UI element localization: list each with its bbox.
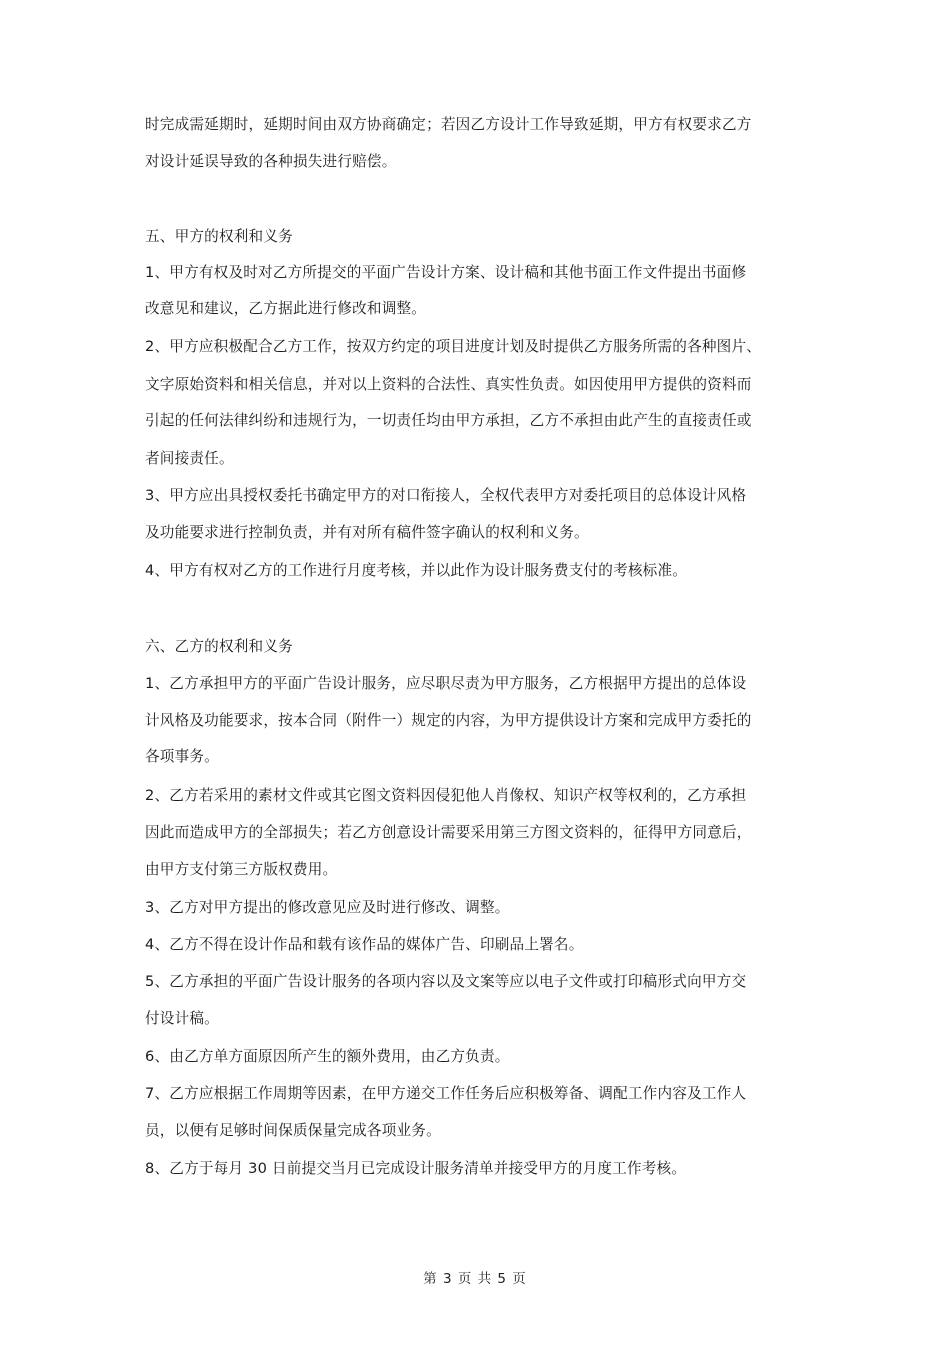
- text-line: 2、甲方应积极配合乙方工作，按双方约定的项目进度计划及时提供乙方服务所需的各种图…: [145, 337, 761, 357]
- text-line: 由甲方支付第三方版权费用。: [145, 860, 337, 880]
- text-line: 8、乙方于每月 30 日前提交当月已完成设计服务清单并接受甲方的月度工作考核。: [145, 1159, 686, 1179]
- text-line: 因此而造成甲方的全部损失；若乙方创意设计需要采用第三方图文资料的，征得甲方同意后…: [145, 823, 752, 843]
- text-line: 6、由乙方单方面原因所产生的额外费用，由乙方负责。: [145, 1047, 510, 1067]
- text-line: 员，以便有足够时间保质保量完成各项业务。: [145, 1121, 441, 1141]
- text-line: 3、甲方应出具授权委托书确定甲方的对口衔接人，全权代表甲方对委托项目的总体设计风…: [145, 486, 746, 506]
- text-line: 3、乙方对甲方提出的修改意见应及时进行修改、调整。: [145, 898, 510, 918]
- text-line: 1、甲方有权及时对乙方所提交的平面广告设计方案、设计稿和其他书面工作文件提出书面…: [145, 263, 746, 283]
- text-line: 4、乙方不得在设计作品和载有该作品的媒体广告、印刷品上署名。: [145, 935, 584, 955]
- text-line: 付设计稿。: [145, 1009, 219, 1029]
- text-line: 5、乙方承担的平面广告设计服务的各项内容以及文案等应以电子文件或打印稿形式向甲方…: [145, 972, 746, 992]
- text-line: 者间接责任。: [145, 449, 234, 469]
- text-line: 及功能要求进行控制负责，并有对所有稿件签字确认的权利和义务。: [145, 523, 589, 543]
- text-line: 改意见和建议，乙方据此进行修改和调整。: [145, 299, 426, 319]
- text-line: 4、甲方有权对乙方的工作进行月度考核，并以此作为设计服务费支付的考核标准。: [145, 561, 687, 581]
- text-line: 文字原始资料和相关信息，并对以上资料的合法性、真实性负责。如因使用甲方提供的资料…: [145, 375, 752, 395]
- text-line: 1、乙方承担甲方的平面广告设计服务，应尽职尽责为甲方服务，乙方根据甲方提出的总体…: [145, 674, 746, 694]
- document-page: 时完成需延期时，延期时间由双方协商确定；若因乙方设计工作导致延期，甲方有权要求乙…: [0, 0, 950, 1346]
- text-line: 时完成需延期时，延期时间由双方协商确定；若因乙方设计工作导致延期，甲方有权要求乙…: [145, 115, 752, 135]
- text-line: 六、乙方的权利和义务: [145, 637, 293, 657]
- text-line: 2、乙方若采用的素材文件或其它图文资料因侵犯他人肖像权、知识产权等权利的，乙方承…: [145, 786, 746, 806]
- text-line: 计风格及功能要求，按本合同（附件一）规定的内容，为甲方提供设计方案和完成甲方委托…: [145, 711, 752, 731]
- text-line: 五、甲方的权利和义务: [145, 227, 293, 247]
- text-line: 各项事务。: [145, 747, 219, 767]
- page-footer: 第 3 页 共 5 页: [0, 1267, 950, 1287]
- text-line: 7、乙方应根据工作周期等因素，在甲方递交工作任务后应积极筹备、调配工作内容及工作…: [145, 1084, 746, 1104]
- text-line: 引起的任何法律纠纷和违规行为，一切责任均由甲方承担，乙方不承担由此产生的直接责任…: [145, 411, 752, 431]
- text-line: 对设计延误导致的各种损失进行赔偿。: [145, 152, 397, 172]
